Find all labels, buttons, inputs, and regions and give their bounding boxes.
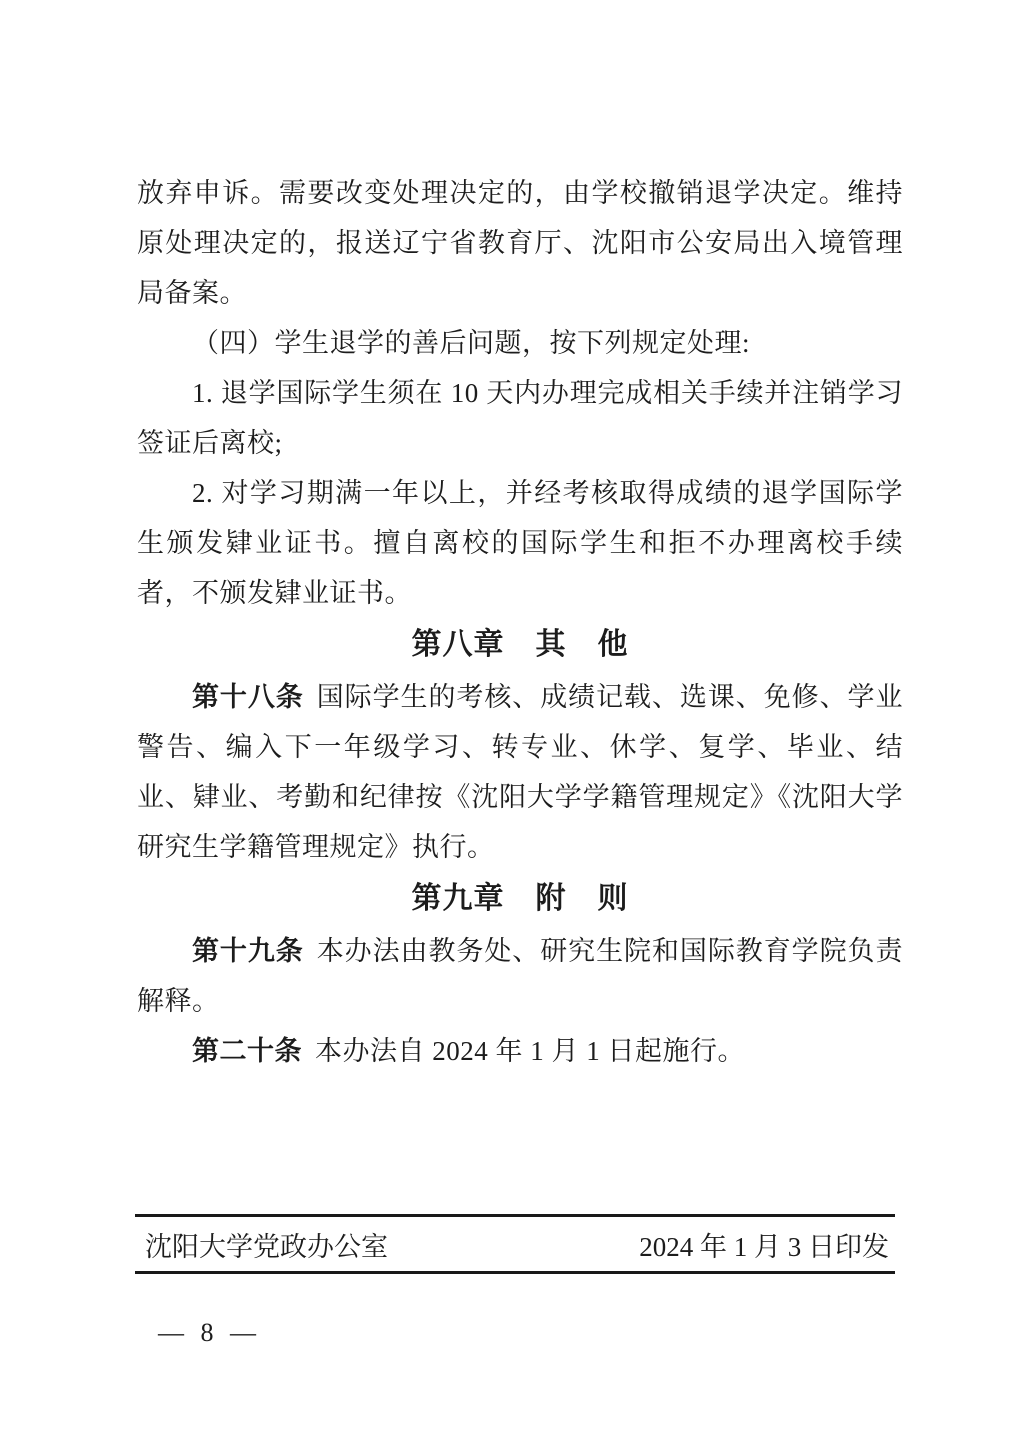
paragraph: 第十九条本办法由教务处、研究生院和国际教育学院负责解释。	[137, 926, 903, 1026]
paragraph-text: 1. 退学国际学生须在 10 天内办理完成相关手续并注销学习签证后离校;	[137, 378, 903, 458]
chapter-heading: 第九章 附 则	[137, 873, 903, 925]
colophon-bottom-rule	[135, 1271, 895, 1274]
paragraph-text: 放弃申诉。需要改变处理决定的，由学校撤销退学决定。维持原处理决定的，报送辽宁省教…	[137, 178, 903, 308]
paragraph: 放弃申诉。需要改变处理决定的，由学校撤销退学决定。维持原处理决定的，报送辽宁省教…	[137, 168, 903, 318]
document-page: 放弃申诉。需要改变处理决定的，由学校撤销退学决定。维持原处理决定的，报送辽宁省教…	[0, 0, 1024, 1448]
article-label: 第二十条	[192, 1036, 302, 1066]
issuing-office: 沈阳大学党政办公室	[145, 1225, 388, 1264]
print-date: 2024 年 1 月 3 日印发	[639, 1225, 889, 1264]
paragraph: 第二十条本办法自 2024 年 1 月 1 日起施行。	[137, 1026, 903, 1076]
article-label: 第十九条	[192, 936, 304, 966]
document-body: 放弃申诉。需要改变处理决定的，由学校撤销退学决定。维持原处理决定的，报送辽宁省教…	[137, 168, 903, 1076]
paragraph-text: 本办法自 2024 年 1 月 1 日起施行。	[315, 1036, 745, 1066]
paragraph-text: 2. 对学习期满一年以上，并经考核取得成绩的退学国际学生颁发肄业证书。擅自离校的…	[137, 478, 903, 608]
colophon-row: 沈阳大学党政办公室 2024 年 1 月 3 日印发	[135, 1217, 895, 1271]
article-label: 第十八条	[192, 682, 304, 712]
paragraph: 2. 对学习期满一年以上，并经考核取得成绩的退学国际学生颁发肄业证书。擅自离校的…	[137, 468, 903, 618]
paragraph: 1. 退学国际学生须在 10 天内办理完成相关手续并注销学习签证后离校;	[137, 368, 903, 468]
chapter-heading: 第八章 其 他	[137, 619, 903, 671]
colophon: 沈阳大学党政办公室 2024 年 1 月 3 日印发	[135, 1214, 895, 1274]
paragraph: 第十八条国际学生的考核、成绩记载、选课、免修、学业警告、编入下一年级学习、转专业…	[137, 672, 903, 872]
paragraph-text: （四）学生退学的善后问题，按下列规定处理:	[192, 328, 750, 358]
paragraph: （四）学生退学的善后问题，按下列规定处理:	[137, 318, 903, 368]
page-number: — 8 —	[158, 1318, 261, 1348]
